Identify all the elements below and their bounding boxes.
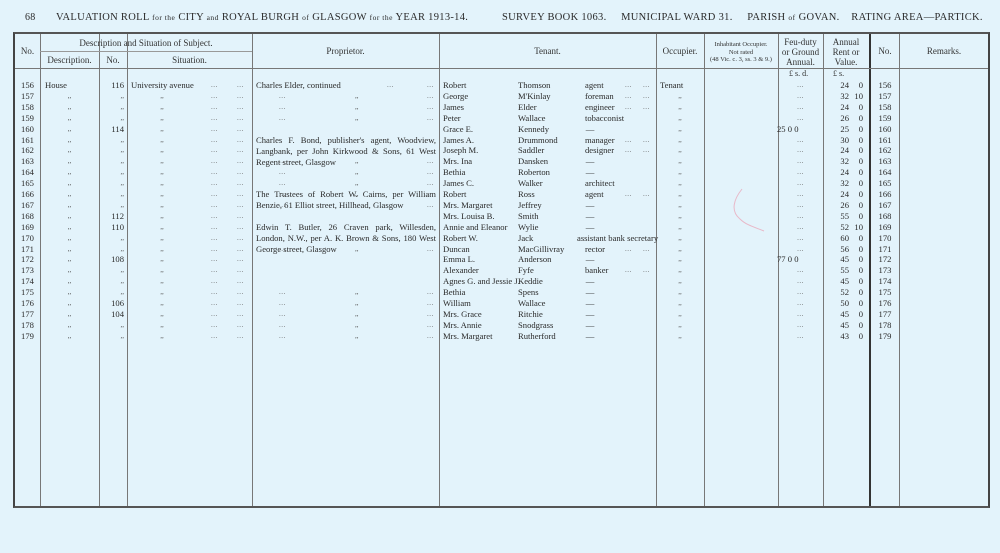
house-number: ,, — [99, 244, 124, 255]
leader-dots: ... — [211, 320, 218, 331]
row-number: 158 — [15, 102, 40, 113]
leader-dots: ... — [625, 135, 632, 146]
feu-duty: ... — [778, 298, 823, 309]
feu-duty: ... — [778, 244, 823, 255]
tenant-surname: MacGillivray — [518, 244, 564, 255]
table-row: 159,,,,,,......PeterWallacetobacconist,,… — [15, 113, 988, 124]
leader-dots: ... — [211, 135, 218, 146]
table-row: 168,,112,,......Mrs. Louisa B.Smith—,,..… — [15, 211, 988, 222]
row-number-right: 156 — [871, 80, 899, 91]
rent-pounds: 56 — [823, 244, 849, 255]
tenant-surname: Snodgrass — [518, 320, 553, 331]
row-number-right: 172 — [871, 254, 899, 265]
tenant-occupation: manager — [585, 135, 615, 146]
description: ,, — [40, 91, 99, 102]
row-number: 160 — [15, 124, 40, 135]
tenant-occupation: assistant bank secretary — [577, 233, 658, 244]
rent-shillings: 0 — [849, 124, 863, 135]
leader-dots: ... — [279, 298, 286, 309]
leader-dots: ... — [427, 113, 434, 124]
feu-duty: ... — [778, 287, 823, 298]
leader-dots: ... — [211, 113, 218, 124]
leader-dots: ... — [237, 167, 244, 178]
row-number: 172 — [15, 254, 40, 265]
row-number-right: 171 — [871, 244, 899, 255]
occupier: ,, — [656, 265, 704, 276]
situation: ,, — [127, 233, 197, 244]
row-number: 177 — [15, 309, 40, 320]
leader-dots: ... — [211, 244, 218, 255]
tenant-first-name: James A. — [443, 135, 474, 146]
header-no: No. — [15, 46, 40, 56]
tenant-first-name: Joseph M. — [443, 145, 478, 156]
rent-pounds: 32 — [823, 178, 849, 189]
description: ,, — [40, 265, 99, 276]
table-row: 162,,,,,,......Joseph M.Saddlerdesigner,… — [15, 145, 988, 156]
tenant-first-name: George — [443, 91, 468, 102]
feu-duty: ... — [778, 222, 823, 233]
leader-dots: ... — [211, 200, 218, 211]
tenant-surname: Jack — [518, 233, 533, 244]
description: ,, — [40, 145, 99, 156]
description: ,, — [40, 320, 99, 331]
leader-dots: ... — [427, 200, 434, 211]
feu-duty: ... — [778, 233, 823, 244]
row-number-right: 166 — [871, 189, 899, 200]
page-header: 68 VALUATION ROLL for the CITY and ROYAL… — [22, 12, 982, 28]
tenant-occupation: agent — [585, 189, 604, 200]
row-number: 174 — [15, 276, 40, 287]
leader-dots: ... — [211, 80, 218, 91]
proprietor-ditto: ,, — [355, 287, 359, 298]
row-number: 156 — [15, 80, 40, 91]
leader-dots: ... — [427, 167, 434, 178]
situation: ,, — [127, 211, 197, 222]
rent-shillings: 0 — [849, 287, 863, 298]
table-row: 169,,110,,......Annie and EleanorWylie—,… — [15, 222, 988, 233]
leader-dots: ... — [237, 331, 244, 342]
tenant-surname: Wylie — [518, 222, 538, 233]
row-number-right: 161 — [871, 135, 899, 146]
leader-dots: ... — [625, 244, 632, 255]
row-number-right: 160 — [871, 124, 899, 135]
tenant-occupation: architect — [585, 178, 615, 189]
leader-dots: ... — [237, 276, 244, 287]
row-number: 159 — [15, 113, 40, 124]
leader-dots: ... — [211, 276, 218, 287]
house-number: ,, — [99, 135, 124, 146]
table-row: 175,,,,,,......BethiaSpens—,,...520175..… — [15, 287, 988, 298]
leader-dots: ... — [237, 233, 244, 244]
tenant-occupation: — — [580, 200, 600, 211]
situation: ,, — [127, 276, 197, 287]
table-row: 160,,114,,......Grace E.Kennedy—,,25 0 0… — [15, 124, 988, 135]
feu-duty: ... — [778, 145, 823, 156]
leader-dots: ... — [237, 178, 244, 189]
leader-dots: ... — [237, 298, 244, 309]
leader-dots: ... — [237, 287, 244, 298]
tenant-surname: M'Kinlay — [518, 91, 551, 102]
tenant-occupation: — — [580, 298, 600, 309]
rent-pounds: 50 — [823, 298, 849, 309]
table-row: 174,,,,,,......Agnes G. and Jessie J.Ked… — [15, 276, 988, 287]
rent-pounds: 60 — [823, 233, 849, 244]
leader-dots: ... — [211, 331, 218, 342]
feu-duty: 77 0 0 — [777, 254, 798, 265]
row-number-right: 176 — [871, 298, 899, 309]
rent-shillings: 0 — [849, 244, 863, 255]
table-row: 161,,,,,,......James A.Drummondmanager,,… — [15, 135, 988, 146]
situation: ,, — [127, 135, 197, 146]
situation: ,, — [127, 200, 197, 211]
leader-dots: ... — [211, 156, 218, 167]
feu-duty: ... — [778, 200, 823, 211]
tenant-surname: Keddie — [518, 276, 543, 287]
row-number-right: 159 — [871, 113, 899, 124]
table-row: 165,,,,,,......James C.Walkerarchitect,,… — [15, 178, 988, 189]
tenant-occupation: foreman — [585, 91, 614, 102]
house-number: ,, — [99, 156, 124, 167]
feu-duty: ... — [778, 320, 823, 331]
proprietor-ditto: ,, — [355, 331, 359, 342]
leader-dots: ... — [643, 189, 650, 200]
rent-pounds: 52 — [823, 287, 849, 298]
situation: ,, — [127, 309, 197, 320]
tenant-surname: Saddler — [518, 145, 544, 156]
tenant-occupation: — — [580, 287, 600, 298]
occupier: ,, — [656, 211, 704, 222]
occupier: ,, — [656, 178, 704, 189]
roll-title: VALUATION ROLL for the CITY and ROYAL BU… — [56, 12, 468, 23]
leader-dots: ... — [211, 265, 218, 276]
feu-duty: ... — [778, 91, 823, 102]
rent-shillings: 0 — [849, 135, 863, 146]
rent-shillings: 10 — [849, 91, 863, 102]
rent-pounds: 26 — [823, 113, 849, 124]
proprietor-ditto: ,, — [355, 178, 359, 189]
rent-shillings: 0 — [849, 298, 863, 309]
leader-dots: ... — [643, 135, 650, 146]
proprietor-ditto: ,, — [355, 200, 359, 211]
description: ,, — [40, 254, 99, 265]
occupier: ,, — [656, 189, 704, 200]
rating-area: RATING AREA—PARTICK. — [851, 12, 983, 23]
leader-dots: ... — [237, 320, 244, 331]
leader-dots: ... — [279, 113, 286, 124]
proprietor-ditto: ,, — [355, 298, 359, 309]
description: ,, — [40, 222, 99, 233]
situation: ,, — [127, 124, 197, 135]
rent-pounds: 32 — [823, 156, 849, 167]
rent-pounds: 45 — [823, 276, 849, 287]
tenant-occupation: — — [580, 156, 600, 167]
rent-pounds: 24 — [823, 189, 849, 200]
feu-duty: ... — [778, 276, 823, 287]
tenant-first-name: James — [443, 102, 464, 113]
occupier: ,, — [656, 233, 704, 244]
row-number: 178 — [15, 320, 40, 331]
leader-dots: ... — [643, 265, 650, 276]
leader-dots: ... — [279, 244, 286, 255]
situation: ,, — [127, 331, 197, 342]
tenant-surname: Roberton — [518, 167, 550, 178]
situation: ,, — [127, 102, 197, 113]
row-number-right: 179 — [871, 331, 899, 342]
table-row: 179,,,,,,......Mrs. MargaretRutherford—,… — [15, 331, 988, 342]
feu-duty: ... — [778, 156, 823, 167]
header-house-no: No. — [99, 55, 127, 65]
tenant-surname: Wallace — [518, 113, 545, 124]
row-number: 173 — [15, 265, 40, 276]
rent-pounds: 30 — [823, 135, 849, 146]
occupier: ,, — [656, 200, 704, 211]
tenant-occupation: — — [580, 309, 600, 320]
tenant-occupation: — — [580, 276, 600, 287]
house-number: ,, — [99, 167, 124, 178]
description: ,, — [40, 102, 99, 113]
table-row: 170,,,,,,......Robert W.Jackassistant ba… — [15, 233, 988, 244]
leader-dots: ... — [279, 309, 286, 320]
occupier: ,, — [656, 124, 704, 135]
rent-shillings: 0 — [849, 309, 863, 320]
row-number-right: 178 — [871, 320, 899, 331]
row-number-right: 167 — [871, 200, 899, 211]
valuation-table: No. Description and Situation of Subject… — [13, 32, 990, 508]
leader-dots: ... — [387, 80, 394, 91]
tenant-first-name: Mrs. Louisa B. — [443, 211, 495, 222]
situation: ,, — [127, 145, 197, 156]
tenant-occupation: designer — [585, 145, 614, 156]
situation: ,, — [127, 113, 197, 124]
pencil-mark — [732, 187, 772, 232]
house-number: ,, — [99, 189, 124, 200]
leader-dots: ... — [279, 320, 286, 331]
occupier: ,, — [656, 254, 704, 265]
leader-dots: ... — [427, 91, 434, 102]
leader-dots: ... — [211, 145, 218, 156]
house-number: ,, — [99, 145, 124, 156]
description: ,, — [40, 276, 99, 287]
leader-dots: ... — [427, 309, 434, 320]
table-row: 177,,104,,......Mrs. GraceRitchie—,,...4… — [15, 309, 988, 320]
description: ,, — [40, 135, 99, 146]
rent-shillings: 0 — [849, 145, 863, 156]
house-number: ,, — [99, 276, 124, 287]
occupier: ,, — [656, 156, 704, 167]
table-row: 167,,,,,,......Mrs. MargaretJeffrey—,,..… — [15, 200, 988, 211]
row-number: 165 — [15, 178, 40, 189]
description: ,, — [40, 189, 99, 200]
description: ,, — [40, 200, 99, 211]
rent-shillings: 0 — [849, 113, 863, 124]
leader-dots: ... — [279, 287, 286, 298]
proprietor-ditto: ,, — [355, 102, 359, 113]
rent-shillings: 0 — [849, 178, 863, 189]
description: House — [45, 80, 67, 91]
row-number-right: 165 — [871, 178, 899, 189]
rent-shillings: 0 — [849, 102, 863, 113]
situation: ,, — [127, 91, 197, 102]
leader-dots: ... — [237, 244, 244, 255]
leader-dots: ... — [427, 244, 434, 255]
rent-shillings: 10 — [849, 222, 863, 233]
leader-dots: ... — [211, 222, 218, 233]
tenant-surname: Spens — [518, 287, 539, 298]
leader-dots: ... — [211, 102, 218, 113]
header-tenant: Tenant. — [439, 46, 656, 56]
description: ,, — [40, 244, 99, 255]
leader-dots: ... — [237, 200, 244, 211]
header-occupier: Occupier. — [656, 46, 704, 56]
leader-dots: ... — [211, 309, 218, 320]
table-row: 171,,,,,,......DuncanMacGillivrayrector,… — [15, 244, 988, 255]
row-number: 166 — [15, 189, 40, 200]
table-row: 163,,,,,,......Mrs. InaDansken—,,...3201… — [15, 156, 988, 167]
row-number: 164 — [15, 167, 40, 178]
leader-dots: ... — [237, 102, 244, 113]
description: ,, — [40, 113, 99, 124]
house-number: ,, — [99, 320, 124, 331]
page-number: 68 — [25, 12, 36, 23]
leader-dots: ... — [279, 331, 286, 342]
proprietor-ditto: ,, — [355, 309, 359, 320]
row-number: 157 — [15, 91, 40, 102]
situation: ,, — [127, 298, 197, 309]
situation: ,, — [127, 189, 197, 200]
feu-duty: ... — [778, 102, 823, 113]
leader-dots: ... — [279, 189, 286, 200]
table-row: 164,,,,,,......BethiaRoberton—,,...24016… — [15, 167, 988, 178]
tenant-first-name: Mrs. Ina — [443, 156, 472, 167]
tenant-surname: Fyfe — [518, 265, 534, 276]
leader-dots: ... — [625, 102, 632, 113]
rent-pounds: 24 — [823, 145, 849, 156]
feu-duty: ... — [778, 167, 823, 178]
house-number: 112 — [99, 211, 124, 222]
leader-dots: ... — [427, 287, 434, 298]
leader-dots: ... — [211, 91, 218, 102]
occupier: ,, — [656, 91, 704, 102]
table-row: 156House116University avenue......Robert… — [15, 80, 988, 91]
tenant-first-name: Alexander — [443, 265, 479, 276]
occupier: ,, — [656, 298, 704, 309]
leader-dots: ... — [211, 124, 218, 135]
rent-pounds: 24 — [823, 167, 849, 178]
tenant-first-name: William — [443, 298, 471, 309]
table-row: 158,,,,,,......JamesElderengineer,,...24… — [15, 102, 988, 113]
row-number: 162 — [15, 145, 40, 156]
leader-dots: ... — [625, 189, 632, 200]
leader-dots: ... — [643, 244, 650, 255]
house-number: ,, — [99, 287, 124, 298]
tenant-first-name: Mrs. Grace — [443, 309, 482, 320]
proprietor-ditto: ,, — [355, 113, 359, 124]
row-number-right: 177 — [871, 309, 899, 320]
proprietor-ditto: ,, — [355, 156, 359, 167]
occupier: ,, — [656, 309, 704, 320]
rent-shillings: 0 — [849, 276, 863, 287]
leader-dots: ... — [427, 320, 434, 331]
row-number: 176 — [15, 298, 40, 309]
row-number: 163 — [15, 156, 40, 167]
house-number: ,, — [99, 331, 124, 342]
rent-pounds: 55 — [823, 211, 849, 222]
row-number-right: 164 — [871, 167, 899, 178]
rent-shillings: 0 — [849, 80, 863, 91]
occupier: ,, — [656, 222, 704, 233]
rent-shillings: 0 — [849, 167, 863, 178]
leader-dots: ... — [211, 287, 218, 298]
leader-dots: ... — [237, 156, 244, 167]
row-number-right: 173 — [871, 265, 899, 276]
feu-duty: ... — [778, 113, 823, 124]
occupier: Tenant — [660, 80, 683, 91]
situation: ,, — [127, 287, 197, 298]
survey-info: SURVEY BOOK 1063. MUNICIPAL WARD 31. PAR… — [502, 12, 983, 23]
proprietor-ditto: ,, — [355, 189, 359, 200]
leader-dots: ... — [427, 298, 434, 309]
header-no-right: No. — [871, 46, 899, 56]
header-annual-rent: Annual Rent or Value. — [823, 37, 869, 67]
table-row: 178,,,,,,......Mrs. AnnieSnodgrass—,,...… — [15, 320, 988, 331]
tenant-occupation: — — [580, 331, 600, 342]
header-subject-group: Description and Situation of Subject. — [40, 38, 252, 48]
survey-book: SURVEY BOOK 1063. — [502, 12, 607, 23]
row-number-right: 158 — [871, 102, 899, 113]
tenant-surname: Anderson — [518, 254, 551, 265]
house-number: ,, — [99, 113, 124, 124]
proprietor-ditto: ,, — [355, 91, 359, 102]
leader-dots: ... — [427, 80, 434, 91]
row-number-right: 175 — [871, 287, 899, 298]
leader-dots: ... — [427, 156, 434, 167]
row-number: 161 — [15, 135, 40, 146]
table-row: 173,,,,,,......AlexanderFyfebanker,,...5… — [15, 265, 988, 276]
house-number: ,, — [99, 91, 124, 102]
situation: ,, — [127, 265, 197, 276]
leader-dots: ... — [237, 265, 244, 276]
tenant-surname: Ritchie — [518, 309, 543, 320]
tenant-first-name: Robert W. — [443, 233, 478, 244]
feu-duty: ... — [778, 331, 823, 342]
tenant-surname: Kennedy — [518, 124, 549, 135]
description: ,, — [40, 167, 99, 178]
leader-dots: ... — [625, 91, 632, 102]
tenant-occupation: — — [580, 211, 600, 222]
description: ,, — [40, 178, 99, 189]
leader-dots: ... — [625, 265, 632, 276]
tenant-occupation: — — [580, 254, 600, 265]
feu-duty: ... — [778, 211, 823, 222]
house-number: 116 — [99, 80, 124, 91]
row-number: 179 — [15, 331, 40, 342]
tenant-first-name: Emma L. — [443, 254, 475, 265]
row-number-right: 157 — [871, 91, 899, 102]
tenant-first-name: Robert — [443, 189, 466, 200]
description: ,, — [40, 287, 99, 298]
tenant-first-name: Mrs. Margaret — [443, 331, 492, 342]
table-row: 172,,108,,......Emma L.Anderson—,,77 0 0… — [15, 254, 988, 265]
tenant-occupation: rector — [585, 244, 605, 255]
occupier: ,, — [656, 135, 704, 146]
feu-duty: ... — [778, 265, 823, 276]
description: ,, — [40, 331, 99, 342]
tenant-occupation: — — [580, 320, 600, 331]
row-number-right: 170 — [871, 233, 899, 244]
leader-dots: ... — [237, 222, 244, 233]
tenant-occupation: banker — [585, 265, 608, 276]
occupier: ,, — [656, 145, 704, 156]
